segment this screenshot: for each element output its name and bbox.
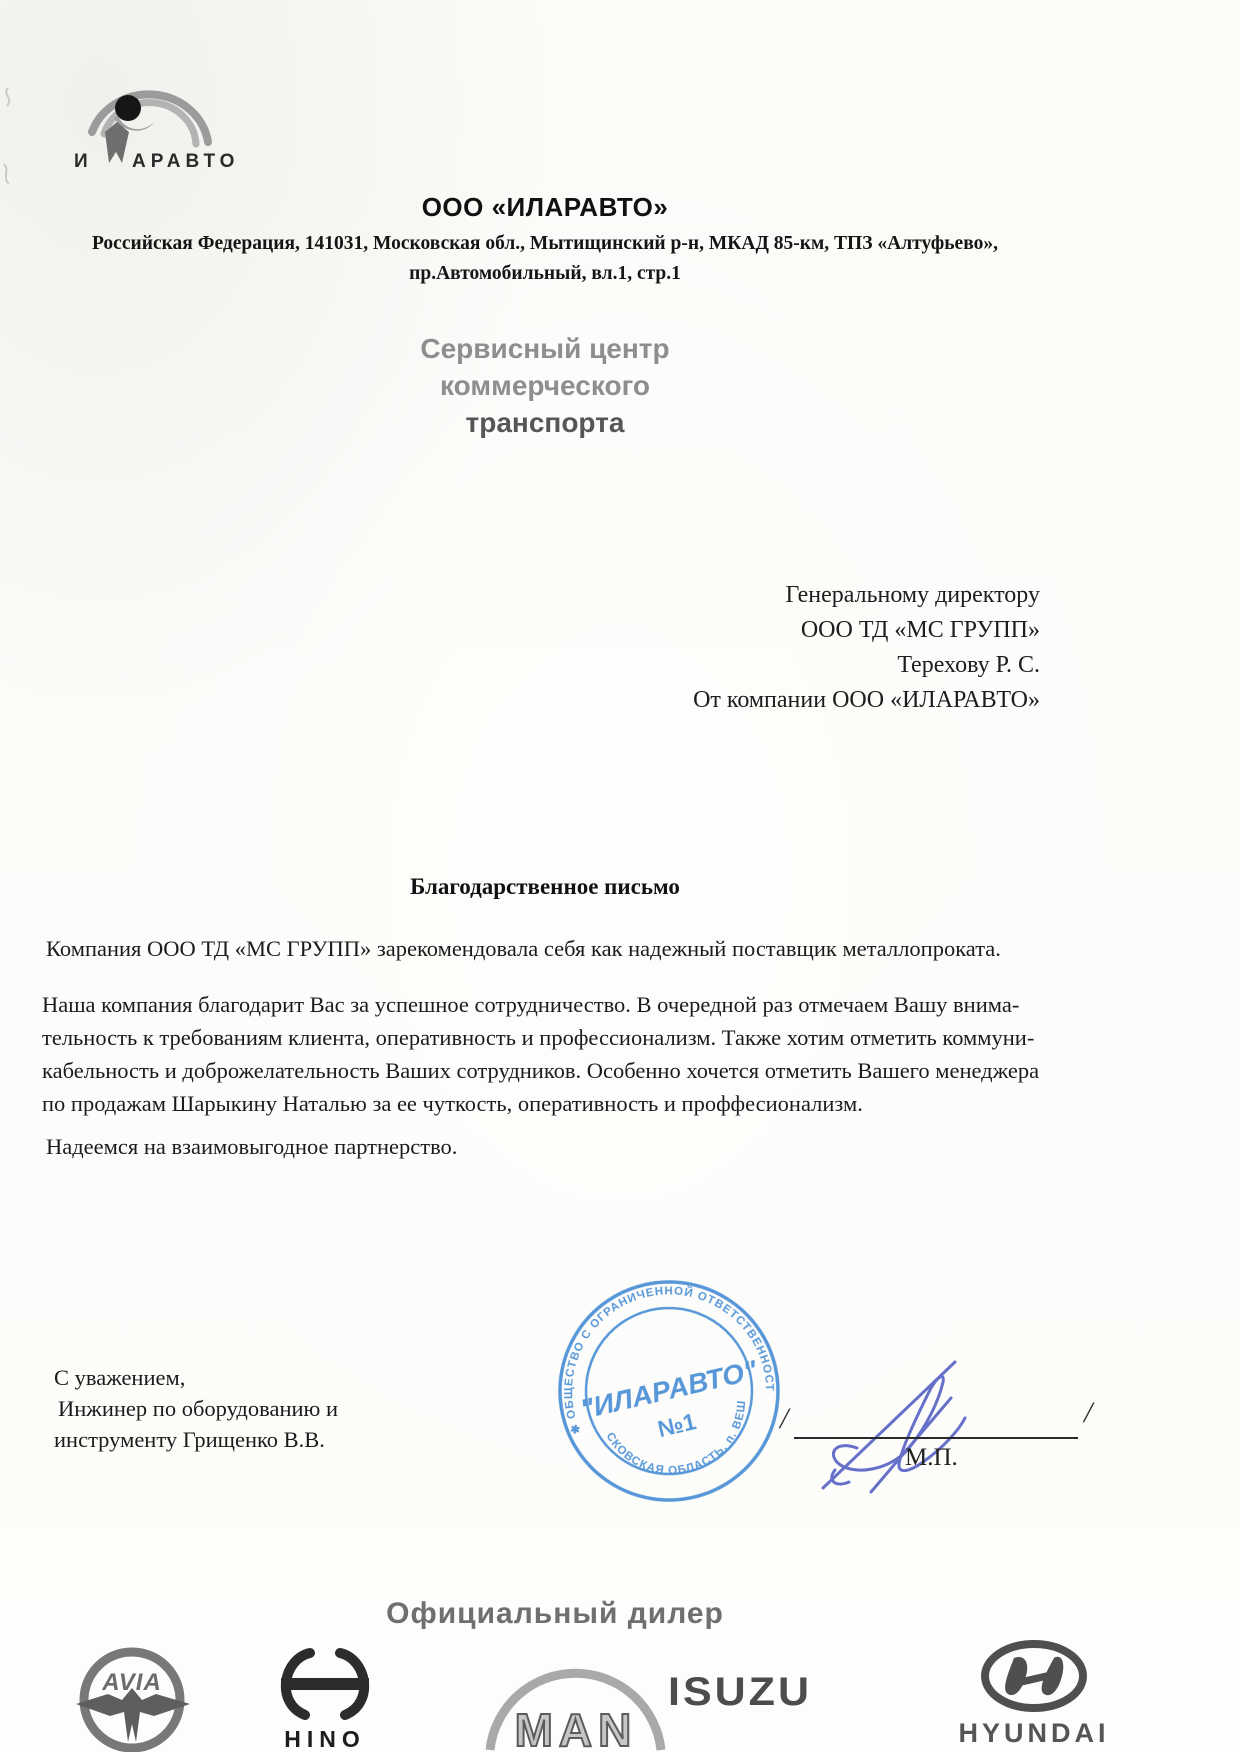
stamp-place-label: М.П. bbox=[905, 1444, 958, 1472]
man-logo-icon: MAN bbox=[448, 1652, 703, 1752]
man-logo: MAN bbox=[448, 1652, 703, 1752]
recipient-line3: Терехову Р. С. bbox=[45, 648, 1040, 683]
paragraph2-line2: тельность к требованиям клиента, операти… bbox=[42, 1021, 1062, 1054]
letter-paragraph-2: Наша компания благодарит Вас за успешное… bbox=[42, 988, 1062, 1120]
avia-logo: AVIA bbox=[70, 1642, 198, 1752]
logo-wordmark-left: И bbox=[74, 151, 88, 172]
recipient-line4: От компании ООО «ИЛАРАВТО» bbox=[45, 683, 1040, 718]
paragraph2-line3: кабельность и доброжелательность Ваших с… bbox=[42, 1054, 1062, 1087]
letter-title: Благодарственное письмо bbox=[45, 874, 1045, 900]
company-address-line2: пр.Автомобильный, вл.1, стр.1 bbox=[45, 259, 1045, 289]
hino-logo-icon: HINO bbox=[265, 1645, 385, 1752]
service-line2: коммерческого bbox=[45, 367, 1045, 404]
service-line3: транспорта bbox=[45, 404, 1045, 441]
signature-line bbox=[794, 1437, 1078, 1439]
ilaravto-logo: И АРАВТО bbox=[70, 60, 240, 175]
man-wordmark: MAN bbox=[515, 1704, 638, 1752]
signoff-block: С уважением, Инжинер по оборудованию и и… bbox=[54, 1362, 474, 1455]
ilaravto-logo-icon: И АРАВТО bbox=[70, 60, 240, 175]
handwritten-signature bbox=[805, 1352, 1015, 1497]
paragraph2-line1: Наша компания благодарит Вас за успешное… bbox=[42, 988, 1062, 1021]
letter-paragraph-3: Надеемся на взаимовыгодное партнерство. bbox=[46, 1130, 1056, 1163]
signature-slash-left: / bbox=[780, 1402, 788, 1436]
service-line1: Сервисный центр bbox=[45, 330, 1045, 367]
hino-logo: HINO bbox=[265, 1645, 385, 1752]
stamp-number: №1 bbox=[655, 1408, 698, 1442]
hyundai-wordmark: HYUNDAI bbox=[958, 1718, 1109, 1748]
service-center-block: Сервисный центр коммерческого транспорта bbox=[45, 330, 1045, 441]
letterhead: ООО «ИЛАРАВТО» Российская Федерация, 141… bbox=[45, 192, 1045, 289]
signoff-line2: Инжинер по оборудованию и bbox=[54, 1393, 474, 1424]
hyundai-logo: HYUNDAI bbox=[930, 1636, 1140, 1752]
letter-paragraph-1: Компания ООО ТД «МС ГРУПП» зарекомендова… bbox=[46, 932, 1056, 965]
signoff-line3: инструменту Грищенко В.В. bbox=[54, 1424, 474, 1455]
signature-slash-right: / bbox=[1084, 1396, 1092, 1430]
recipient-line1: Генеральному директору bbox=[45, 578, 1040, 613]
isuzu-logo: ISUZU bbox=[668, 1670, 812, 1715]
paragraph2-line4: по продажам Шарыкину Наталью за ее чутко… bbox=[42, 1087, 1062, 1120]
official-dealer-title: Официальный дилер bbox=[45, 1597, 1065, 1631]
hyundai-logo-icon: HYUNDAI bbox=[930, 1636, 1140, 1752]
logo-wordmark-right: АРАВТО bbox=[132, 151, 239, 172]
scan-smudge-mark bbox=[0, 78, 40, 188]
recipient-block: Генеральному директору ООО ТД «МС ГРУПП»… bbox=[45, 578, 1040, 718]
company-address-line1: Российская Федерация, 141031, Московская… bbox=[45, 229, 1045, 259]
hino-wordmark: HINO bbox=[284, 1726, 366, 1752]
avia-logo-icon: AVIA bbox=[70, 1642, 198, 1752]
company-name: ООО «ИЛАРАВТО» bbox=[45, 192, 1045, 223]
recipient-line2: ООО ТД «МС ГРУПП» bbox=[45, 613, 1040, 648]
signoff-line1: С уважением, bbox=[54, 1362, 474, 1393]
